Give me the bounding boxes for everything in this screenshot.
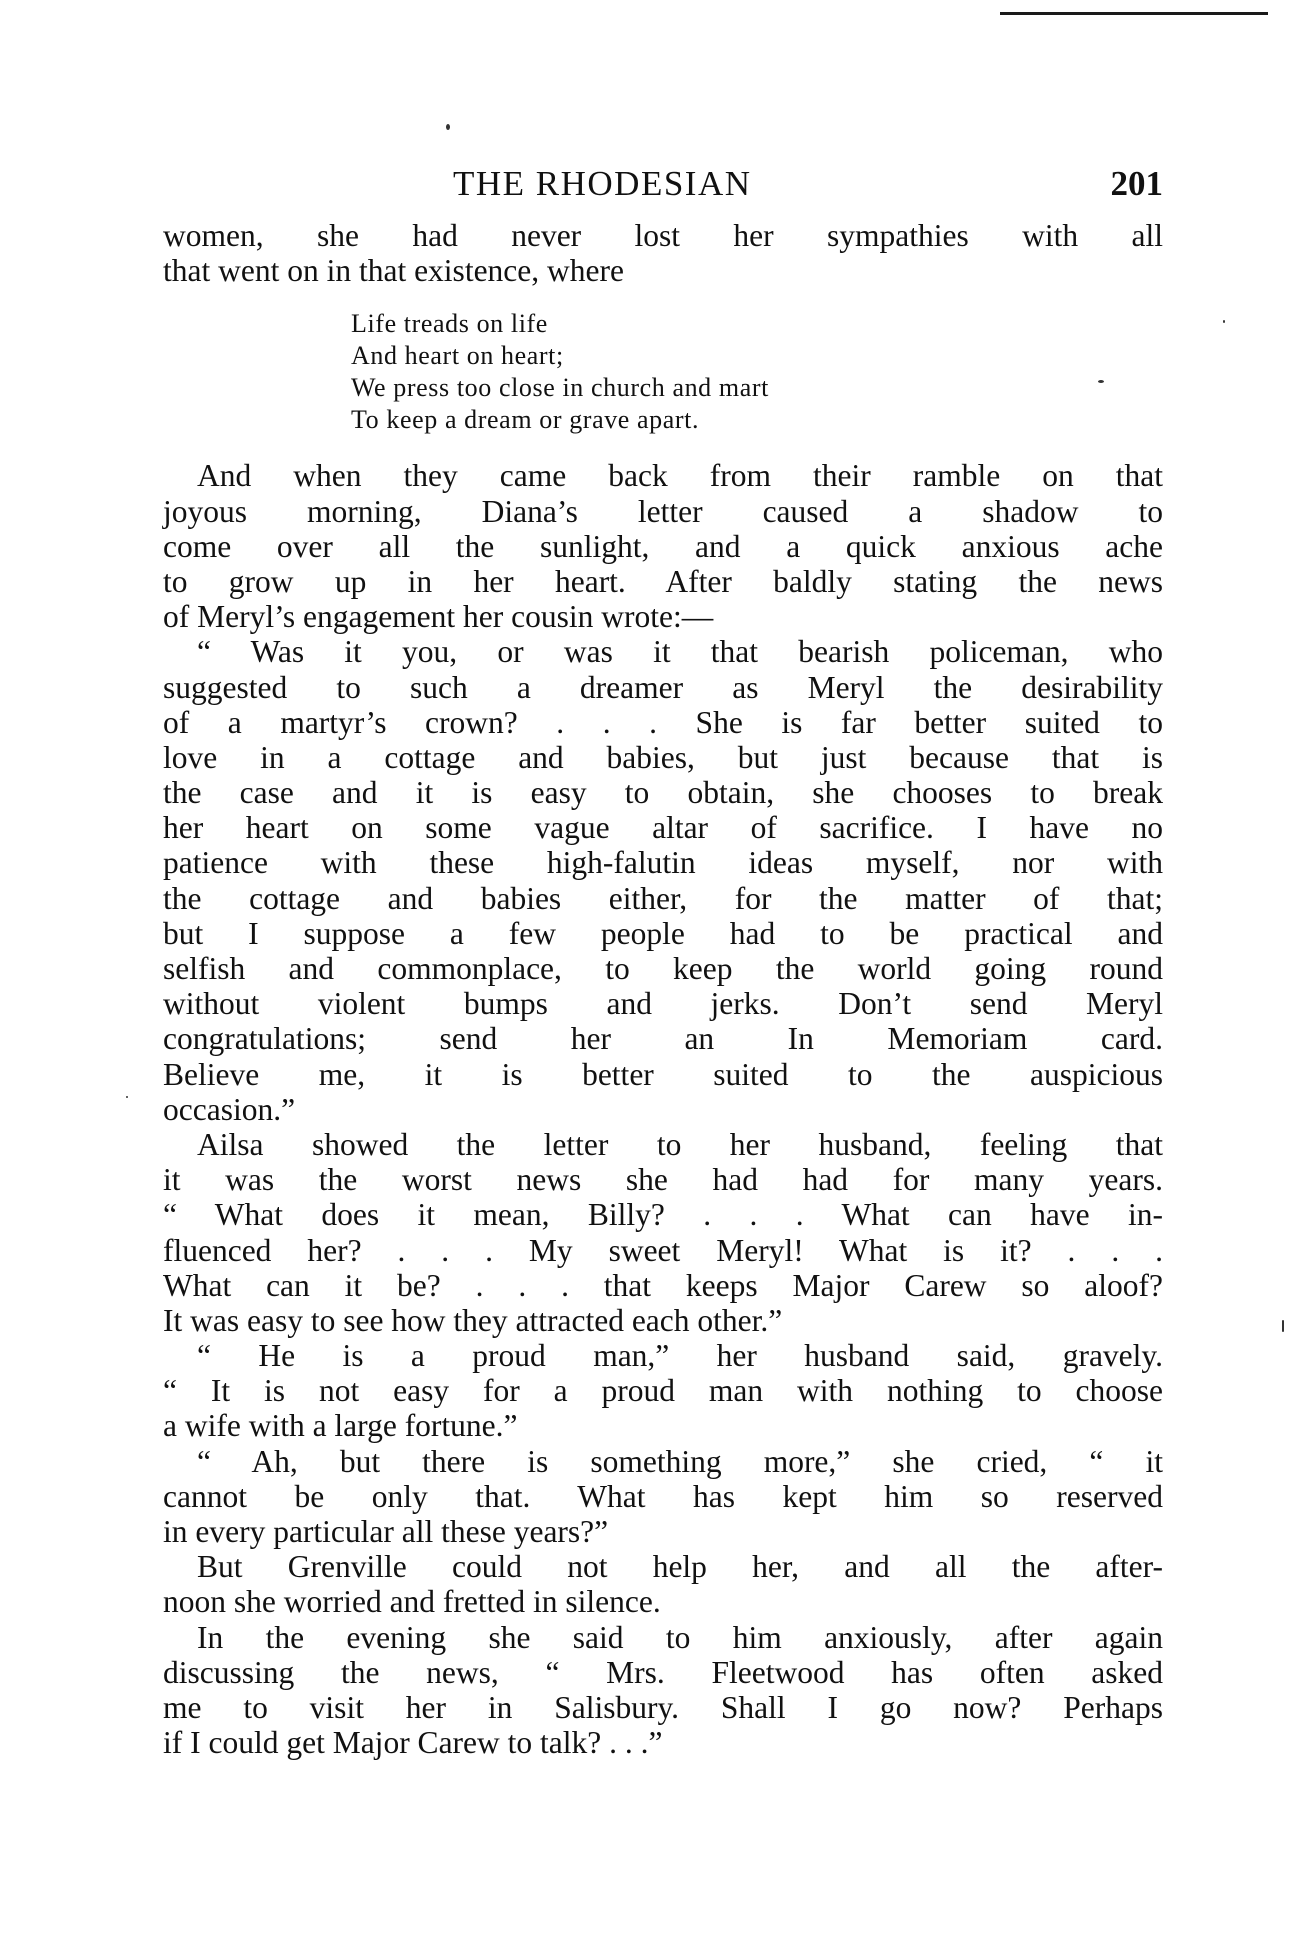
text-line: her heart on some vague altar of sacrifi…	[163, 810, 1163, 845]
scan-speck	[1098, 380, 1104, 383]
paragraph: “ Was it you, or was it that bearish pol…	[163, 634, 1163, 1127]
text-line: Ailsa showed the letter to her husband, …	[163, 1127, 1163, 1162]
text-line: noon she worried and fretted in silence.	[163, 1584, 1163, 1619]
text-line: “ What does it mean, Billy? . . . What c…	[163, 1197, 1163, 1232]
scan-speck	[126, 1096, 128, 1098]
paragraph: And when they came back from their rambl…	[163, 458, 1163, 634]
paragraph: “ He is a proud man,” her husband said, …	[163, 1338, 1163, 1444]
text-line: a wife with a large fortune.”	[163, 1408, 1163, 1443]
paragraph: “ Ah, but there is something more,” she …	[163, 1444, 1163, 1550]
text-line: of Meryl’s engagement her cousin wrote:—	[163, 599, 1163, 634]
text-line: women, she had never lost her sympathies…	[163, 218, 1163, 253]
text-line: come over all the sunlight, and a quick …	[163, 529, 1163, 564]
text-line: What can it be? . . . that keeps Major C…	[163, 1268, 1163, 1303]
text-line: the cottage and babies either, for the m…	[163, 881, 1163, 916]
verse-line: We press too close in church and mart	[351, 372, 1163, 404]
paragraph: But Grenville could not help her, and al…	[163, 1549, 1163, 1619]
text-line: And when they came back from their rambl…	[163, 458, 1163, 493]
text-line: that went on in that existence, where	[163, 253, 1163, 288]
page-body: women, she had never lost her sympathies…	[163, 218, 1163, 1760]
page-number: 201	[1111, 162, 1164, 206]
verse-quotation: Life treads on life And heart on heart; …	[351, 308, 1163, 436]
paragraph: Ailsa showed the letter to her husband, …	[163, 1127, 1163, 1338]
text-line: patience with these high-falutin ideas m…	[163, 845, 1163, 880]
text-line: to grow up in her heart. After baldly st…	[163, 564, 1163, 599]
text-line: occasion.”	[163, 1092, 1163, 1127]
text-line: congratulations; send her an In Memoriam…	[163, 1021, 1163, 1056]
text-line: the case and it is easy to obtain, she c…	[163, 775, 1163, 810]
text-line: “ It is not easy for a proud man with no…	[163, 1373, 1163, 1408]
text-line: love in a cottage and babies, but just b…	[163, 740, 1163, 775]
text-line: But Grenville could not help her, and al…	[163, 1549, 1163, 1584]
text-line: of a martyr’s crown? . . . She is far be…	[163, 705, 1163, 740]
text-line: without violent bumps and jerks. Don’t s…	[163, 986, 1163, 1021]
text-line: “ He is a proud man,” her husband said, …	[163, 1338, 1163, 1373]
text-line: selfish and commonplace, to keep the wor…	[163, 951, 1163, 986]
paragraph: In the evening she said to him anxiously…	[163, 1620, 1163, 1761]
text-line: “ Ah, but there is something more,” she …	[163, 1444, 1163, 1479]
running-title: THE RHODESIAN	[453, 162, 752, 206]
text-line: joyous morning, Diana’s letter caused a …	[163, 494, 1163, 529]
scan-speck	[446, 124, 450, 130]
text-line: if I could get Major Carew to talk? . . …	[163, 1725, 1163, 1760]
text-line: me to visit her in Salisbury. Shall I go…	[163, 1690, 1163, 1725]
text-line: In the evening she said to him anxiously…	[163, 1620, 1163, 1655]
paragraph-continued: women, she had never lost her sympathies…	[163, 218, 1163, 288]
page-header: THE RHODESIAN 201	[163, 162, 1163, 206]
verse-line: To keep a dream or grave apart.	[351, 404, 1163, 436]
verse-line: And heart on heart;	[351, 340, 1163, 372]
top-edge-rule	[1000, 12, 1268, 15]
text-line: discussing the news, “ Mrs. Fleetwood ha…	[163, 1655, 1163, 1690]
text-line: but I suppose a few people had to be pra…	[163, 916, 1163, 951]
text-line: It was easy to see how they attracted ea…	[163, 1303, 1163, 1338]
text-line: cannot be only that. What has kept him s…	[163, 1479, 1163, 1514]
text-line: “ Was it you, or was it that bearish pol…	[163, 634, 1163, 669]
text-line: in every particular all these years?”	[163, 1514, 1163, 1549]
verse-line: Life treads on life	[351, 308, 1163, 340]
text-line: Believe me, it is better suited to the a…	[163, 1057, 1163, 1092]
text-line: suggested to such a dreamer as Meryl the…	[163, 670, 1163, 705]
scan-speck	[1223, 320, 1225, 323]
text-line: it was the worst news she had had for ma…	[163, 1162, 1163, 1197]
text-line: fluenced her? . . . My sweet Meryl! What…	[163, 1233, 1163, 1268]
scan-speck	[1282, 1320, 1284, 1332]
